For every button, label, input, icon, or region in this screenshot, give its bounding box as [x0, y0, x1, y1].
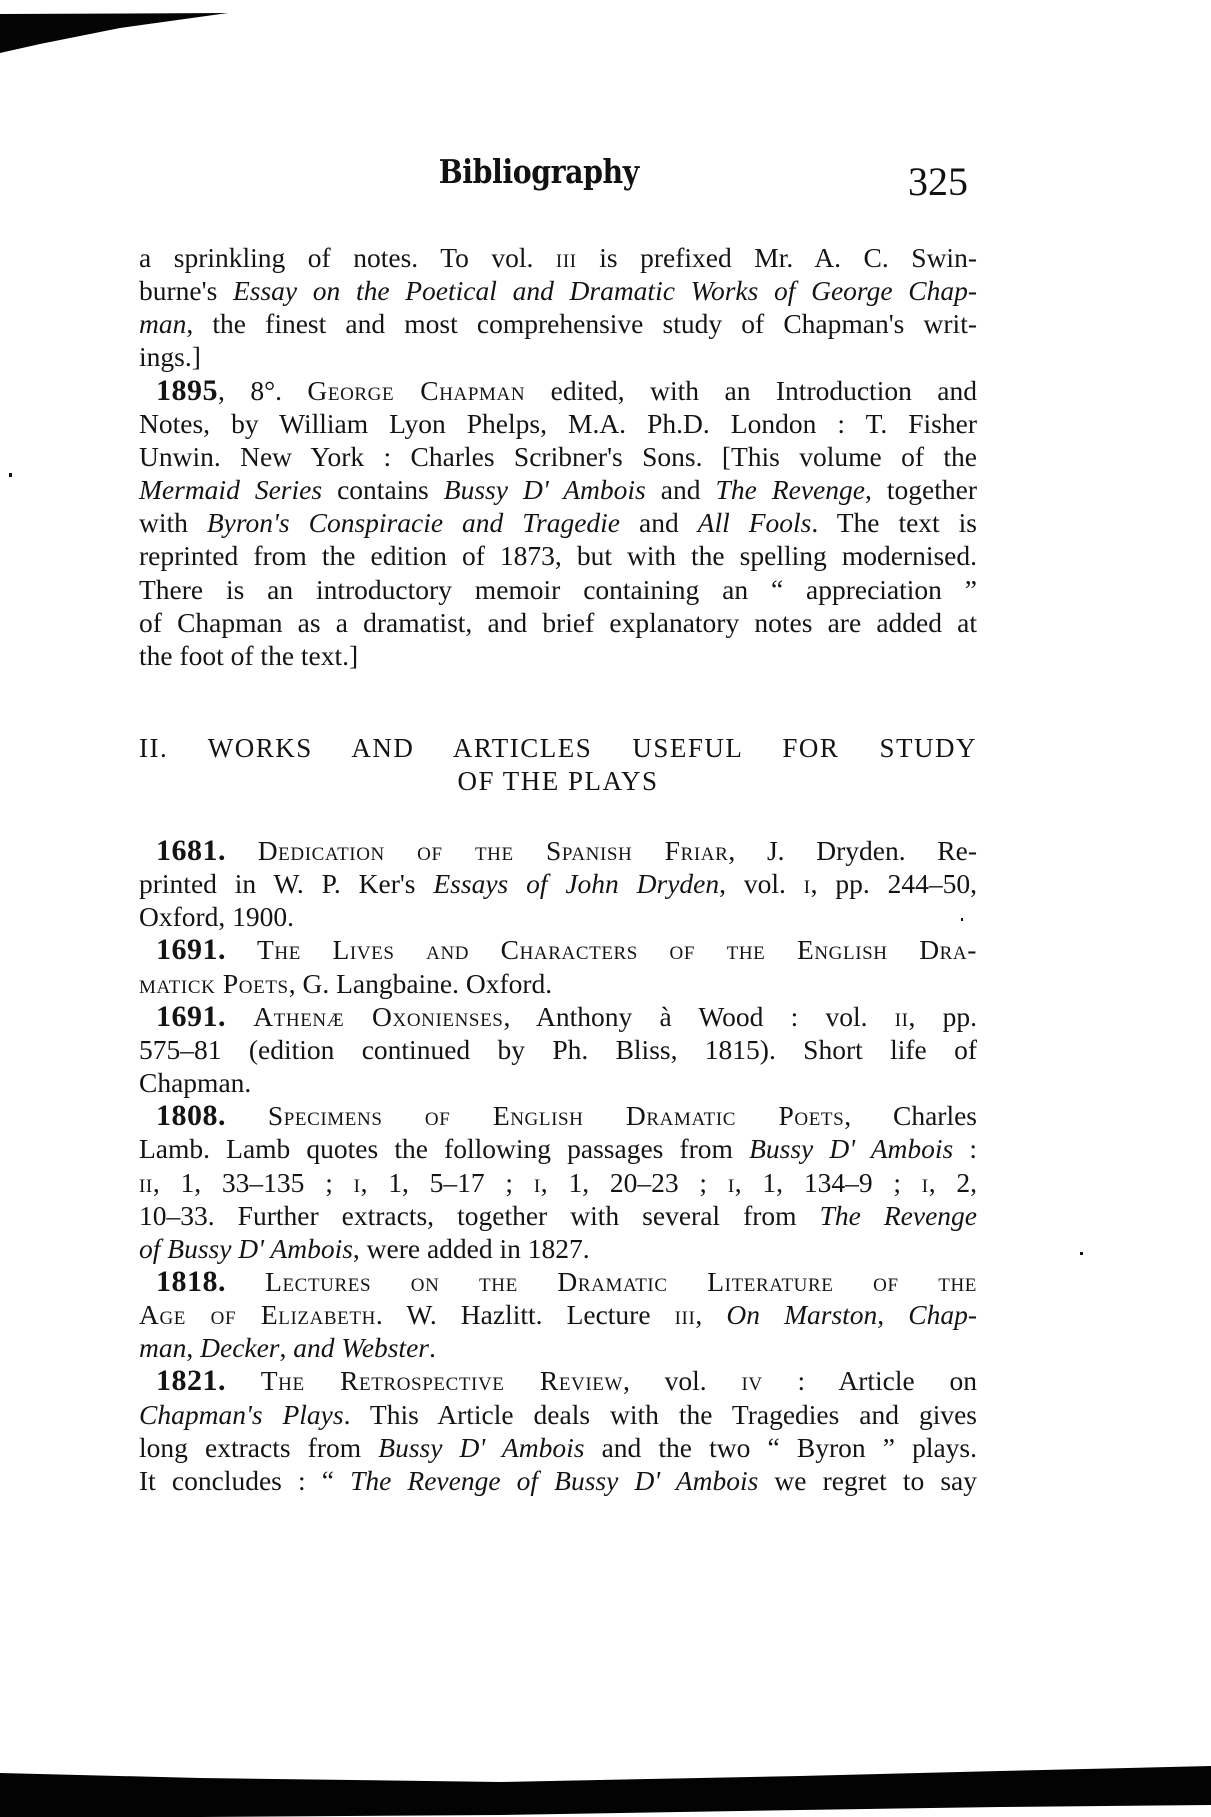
- italic-title: All Fools: [698, 507, 812, 538]
- text-run: . W. Hazlitt. Lecture: [376, 1299, 675, 1330]
- text-run: ,: [280, 1332, 294, 1363]
- running-head-title: Bibliography: [433, 152, 645, 191]
- bibliography-entry-line: long extracts from Bussy D' Ambois and t…: [139, 1431, 977, 1465]
- small-caps-text: ii: [895, 1001, 909, 1032]
- small-caps-text: i: [728, 1167, 735, 1198]
- bibliography-entry: 1818. Lectures on the Dramatic Literatur…: [139, 1265, 977, 1299]
- bibliography-entry: 1691. Athenæ Oxonienses, Anthony à Wood …: [139, 1000, 977, 1034]
- paragraph-line: with Byron's Conspiracie and Tragedie an…: [139, 506, 977, 540]
- italic-title: Essay on the Poetical and Dramatic Works…: [233, 275, 977, 306]
- paragraph-line: Notes, by William Lyon Phelps, M.A. Ph.D…: [139, 407, 977, 441]
- italic-title: Bussy D' Ambois: [749, 1133, 953, 1164]
- text-run: , 8°.: [218, 375, 307, 406]
- bibliography-entry: 1691. The Lives and Characters of the En…: [139, 933, 977, 967]
- bibliography-entry-line: Age of Elizabeth. W. Hazlitt. Lecture ii…: [139, 1298, 977, 1332]
- bibliography-entry-line: matick Poets, G. Langbaine. Oxford.: [139, 967, 977, 1001]
- bibliography-entry: 1821. The Retrospective Review, vol. iv …: [139, 1364, 977, 1398]
- text-run: , were added in 1827.: [353, 1233, 590, 1264]
- text-run: ,: [877, 1299, 908, 1330]
- bibliography-entry-line: 575–81 (edition continued by Ph. Bliss, …: [139, 1033, 977, 1067]
- paragraph-line: a sprinkling of notes. To vol. iii is pr…: [139, 241, 977, 275]
- bibliography-entry-line: man, Decker, and Webster.: [139, 1331, 977, 1365]
- text-run: , 1, 134–9 ;: [735, 1167, 922, 1198]
- italic-title: Essays of John Dryden: [433, 868, 719, 899]
- text-run: Chapman.: [139, 1067, 251, 1098]
- italic-title: Bussy D' Ambois: [378, 1432, 584, 1463]
- text-run: , 1, 20–23 ;: [541, 1167, 728, 1198]
- text-run: a sprinkling of notes. To vol.: [139, 242, 556, 273]
- text-run: printed in W. P. Ker's: [139, 868, 433, 899]
- text-run: , 1, 33–135 ;: [153, 1167, 354, 1198]
- italic-title: of Bussy D' Ambois: [139, 1233, 353, 1264]
- bibliography-entry: 1681. Dedication of the Spanish Friar, J…: [139, 834, 977, 868]
- page-number: 325: [908, 158, 968, 205]
- scan-edge-shadow-bottom: [0, 1760, 1211, 1817]
- italic-title: Chapman's Plays: [139, 1399, 344, 1430]
- paragraph-line: of Chapman as a dramatist, and brief exp…: [139, 606, 977, 640]
- entry-year: 1895: [156, 374, 218, 407]
- italic-title: On Marston: [726, 1299, 877, 1330]
- book-page: Bibliography 325 a sprinkling of notes. …: [0, 0, 1211, 1817]
- small-caps-text: i: [922, 1167, 929, 1198]
- text-run: , G. Langbaine. Oxford.: [289, 968, 552, 999]
- entry-year: 1818.: [156, 1265, 226, 1298]
- text-run: and: [620, 507, 698, 538]
- text-run: . This Article deals with the Tragedies …: [344, 1399, 977, 1430]
- text-run: , together: [865, 474, 977, 505]
- small-caps-text: Lectures on the Dramatic Literature of t…: [265, 1266, 977, 1297]
- bibliography-entry-line: printed in W. P. Ker's Essays of John Dr…: [139, 867, 977, 901]
- paragraph-line: 1895, 8°. George Chapman edited, with an…: [139, 374, 977, 408]
- entry-year: 1681.: [156, 834, 226, 867]
- text-run: .: [429, 1332, 436, 1363]
- text-run: burne's: [139, 275, 233, 306]
- text-run: , the finest and most comprehensive stud…: [186, 308, 977, 339]
- text-run: , vol.: [719, 868, 804, 899]
- section-heading-line-2: OF THE PLAYS: [139, 763, 977, 799]
- scan-speck-right: [1080, 1252, 1083, 1255]
- scan-edge-shadow-top: [0, 0, 240, 60]
- text-run: , vol.: [623, 1365, 741, 1396]
- text-run: and the two “ Byron ” plays.: [584, 1432, 977, 1463]
- text-run: , pp.: [909, 1001, 977, 1032]
- text-run: ings.]: [139, 341, 201, 372]
- italic-title: Byron's Conspiracie and Tragedie: [207, 507, 620, 538]
- text-run: [226, 835, 258, 866]
- bibliography-entry-line: Chapman's Plays. This Article deals with…: [139, 1398, 977, 1432]
- text-run: [226, 1266, 265, 1297]
- text-run: : Article on: [763, 1365, 977, 1396]
- small-caps-text: matick Poets: [139, 968, 289, 999]
- text-run: [226, 1001, 253, 1032]
- text-run: and: [646, 474, 716, 505]
- text-run: 575–81 (edition continued by Ph. Bliss, …: [139, 1034, 977, 1065]
- paragraph-line: ings.]: [139, 340, 977, 374]
- paragraph-line: reprinted from the edition of 1873, but …: [139, 539, 977, 573]
- italic-title: and Webster: [293, 1332, 429, 1363]
- italic-title: Decker: [200, 1332, 279, 1363]
- text-run: contains: [322, 474, 444, 505]
- text-run: , Anthony à Wood : vol.: [503, 1001, 894, 1032]
- paragraph-line: There is an introductory memoir containi…: [139, 573, 977, 607]
- text-run: Oxford, 1900.: [139, 901, 294, 932]
- bibliography-entry-line: It concludes : “ The Revenge of Bussy D'…: [139, 1464, 977, 1498]
- entry-year: 1691.: [156, 933, 226, 966]
- italic-title: Bussy D' Ambois: [444, 474, 646, 505]
- text-run: :: [953, 1133, 977, 1164]
- italic-title: The Revenge: [820, 1200, 977, 1231]
- text-run: It concludes : “: [139, 1465, 350, 1496]
- text-run: of Chapman as a dramatist, and brief exp…: [139, 607, 977, 638]
- text-run: is prefixed Mr. A. C. Swin-: [577, 242, 977, 273]
- text-run: reprinted from the edition of 1873, but …: [139, 540, 977, 571]
- bibliography-entry-line: ii, 1, 33–135 ; i, 1, 5–17 ; i, 1, 20–23…: [139, 1166, 977, 1200]
- italic-title: man: [139, 308, 186, 339]
- italic-title: The Revenge: [716, 474, 865, 505]
- text-run: 10–33. Further extracts, together with s…: [139, 1200, 820, 1231]
- italic-title: man: [139, 1332, 186, 1363]
- italic-title: Mermaid Series: [139, 474, 322, 505]
- bibliography-entry-line: Oxford, 1900.: [139, 900, 977, 934]
- bibliography-entry-line: 10–33. Further extracts, together with s…: [139, 1199, 977, 1233]
- text-run: the foot of the text.]: [139, 640, 358, 671]
- small-caps-text: i: [354, 1167, 361, 1198]
- small-caps-text: iii: [556, 242, 577, 273]
- text-run: with: [139, 507, 207, 538]
- small-caps-text: Dedication of the Spanish Friar: [258, 835, 729, 866]
- small-caps-text: Specimens of English Dramatic Poets: [268, 1100, 844, 1131]
- small-caps-text: The Retrospective Review: [261, 1365, 623, 1396]
- small-caps-text: iii: [675, 1299, 696, 1330]
- text-run: , Charles: [844, 1100, 977, 1131]
- bibliography-entry-line: Chapman.: [139, 1066, 977, 1100]
- text-run: [226, 1365, 261, 1396]
- text-run: [226, 934, 257, 965]
- small-caps-text: i: [534, 1167, 541, 1198]
- small-caps-text: Athenæ Oxonienses: [253, 1001, 503, 1032]
- paragraph-line: Unwin. New York : Charles Scribner's Son…: [139, 440, 977, 474]
- text-run: , pp. 244–50,: [811, 868, 977, 899]
- text-run: , 1, 5–17 ;: [361, 1167, 534, 1198]
- paragraph-line: man, the finest and most comprehensive s…: [139, 307, 977, 341]
- text-run: edited, with an Introduction and: [525, 375, 977, 406]
- entry-year: 1821.: [156, 1364, 226, 1397]
- paragraph-line: Mermaid Series contains Bussy D' Ambois …: [139, 473, 977, 507]
- bibliography-entry: 1808. Specimens of English Dramatic Poet…: [139, 1099, 977, 1133]
- text-run: [226, 1100, 268, 1131]
- text-run: Lamb. Lamb quotes the following passages…: [139, 1133, 749, 1164]
- text-run: , 2,: [929, 1167, 977, 1198]
- text-run: ,: [695, 1299, 726, 1330]
- section-heading-line-1: II. WORKS AND ARTICLES USEFUL FOR STUDY: [139, 730, 977, 766]
- small-caps-text: i: [804, 868, 811, 899]
- small-caps-text: ii: [139, 1167, 153, 1198]
- small-caps-text: iv: [741, 1365, 762, 1396]
- scan-speck-left: [9, 473, 12, 477]
- italic-title: The Revenge of Bussy D' Ambois: [350, 1465, 758, 1496]
- paragraph-line: the foot of the text.]: [139, 639, 977, 673]
- text-run: There is an introductory memoir containi…: [139, 574, 977, 605]
- italic-title: Chap-: [908, 1299, 977, 1330]
- text-run: , J. Dryden. Re-: [728, 835, 977, 866]
- small-caps-text: Age of Elizabeth: [139, 1299, 376, 1330]
- text-run: . The text is: [811, 507, 977, 538]
- text-run: ,: [186, 1332, 200, 1363]
- small-caps-text: The Lives and Characters of the English …: [257, 934, 977, 965]
- text-run: long extracts from: [139, 1432, 378, 1463]
- text-run: Notes, by William Lyon Phelps, M.A. Ph.D…: [139, 408, 977, 439]
- bibliography-entry-line: of Bussy D' Ambois, were added in 1827.: [139, 1232, 977, 1266]
- entry-year: 1691.: [156, 1000, 226, 1033]
- bibliography-entry-line: Lamb. Lamb quotes the following passages…: [139, 1132, 977, 1166]
- text-run: Unwin. New York : Charles Scribner's Son…: [139, 441, 977, 472]
- paragraph-line: burne's Essay on the Poetical and Dramat…: [139, 274, 977, 308]
- entry-year: 1808.: [156, 1099, 226, 1132]
- small-caps-text: George Chapman: [307, 375, 525, 406]
- text-run: we regret to say: [758, 1465, 977, 1496]
